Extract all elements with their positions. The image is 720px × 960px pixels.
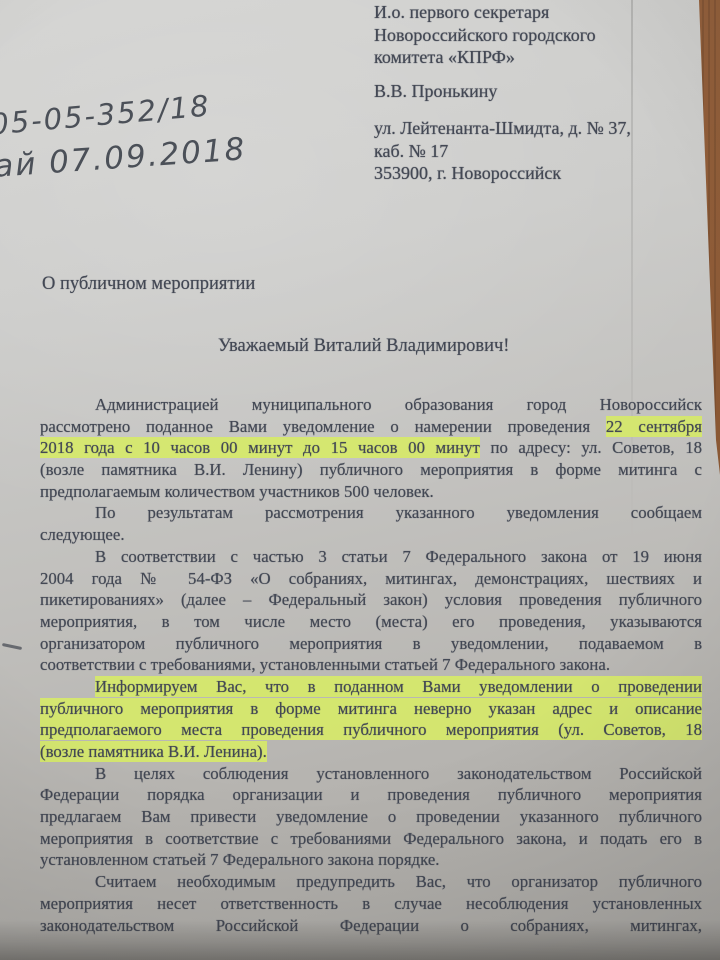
body-text-run: установленном статьей 7 Федерального зак… — [40, 850, 439, 869]
highlighted-text: 22 сентября — [606, 417, 702, 436]
highlighted-text: предполагаемого места проведения публичн… — [40, 720, 702, 739]
letter-subject: О публичном мероприятии — [42, 274, 255, 295]
recipient-address: ул. Лейтенанта-Шмидта, д. № 37,каб. № 17… — [374, 117, 684, 185]
body-text-run: Считаем необходимым предупредить Вас, чт… — [95, 872, 702, 891]
body-line: мероприятия несет ответственность в случ… — [40, 893, 702, 915]
highlighted-text: Информируем Вас, что в поданном Вами уве… — [95, 677, 702, 696]
body-text-run: (возле памятника В.И. Ленину) публичного… — [40, 460, 702, 479]
recipient-line: И.о. первого секретаря — [374, 1, 684, 24]
highlighted-text: (возле памятника В.И. Ленина). — [40, 742, 267, 761]
body-text-run: мероприятия, в том числе место (места) е… — [40, 612, 702, 631]
body-line: законодательством Российской Федерации о… — [40, 915, 702, 937]
body-line: 2018 года с 10 часов 00 минут до 15 часо… — [40, 437, 702, 459]
body-text-run: законодательством Российской Федерации о… — [40, 916, 702, 935]
document-photo: 05-05-352/18 ай 07.09.2018 И.о. первого … — [0, 0, 720, 960]
body-line: (возле памятника В.И. Ленину) публичного… — [40, 459, 702, 481]
body-line: предполагаемого места проведения публичн… — [40, 719, 702, 741]
body-line: Администрацией муниципального образовани… — [40, 394, 702, 416]
handwritten-registration-number: 05-05-352/18 — [0, 88, 212, 141]
letter-salutation: Уважаемый Виталий Владимирович! — [218, 336, 509, 357]
recipient-line: каб. № 17 — [374, 140, 684, 163]
recipient-line: Новороссийского городского — [374, 24, 684, 47]
body-line: установленном статьей 7 Федерального зак… — [40, 849, 702, 871]
body-text-run: Федерации порядка организации и проведен… — [40, 785, 702, 804]
recipient-line: ул. Лейтенанта-Шмидта, д. № 37, — [374, 117, 684, 140]
body-line: организатором публичного мероприятия в у… — [40, 633, 702, 655]
body-text-run: Администрацией муниципального образовани… — [95, 395, 702, 414]
body-line: предполагаемым количеством участников 50… — [40, 481, 702, 503]
body-text-run: предлагаем Вам привести уведомление о пр… — [40, 807, 702, 826]
recipient-line: 353900, г. Новороссийск — [374, 162, 684, 185]
recipient-block: И.о. первого секретаряНовороссийского го… — [374, 1, 684, 185]
body-text-run: 2004 года № 54-ФЗ «О собраниях, митингах… — [40, 569, 702, 588]
body-line: соответствии с требованиями, установленн… — [40, 654, 702, 676]
body-text-run: по адресу: ул. Советов, 18 — [480, 438, 702, 457]
body-line: пикетированиях» (далее – Федеральный зак… — [40, 589, 702, 611]
body-text-run: предполагаемым количеством участников 50… — [40, 482, 434, 501]
body-line: Федерации порядка организации и проведен… — [40, 784, 702, 806]
body-text-run: соответствии с требованиями, установленн… — [40, 655, 610, 674]
body-line: Информируем Вас, что в поданном Вами уве… — [40, 676, 702, 698]
body-text-run: В соответствии с частью 3 статьи 7 Федер… — [95, 547, 702, 566]
highlighted-text: 2018 года с 10 часов 00 минут до 15 часо… — [40, 438, 480, 457]
body-text-run: рассмотрено поданное Вами уведомление о … — [40, 417, 606, 436]
pen-mark — [2, 643, 22, 650]
body-line: рассмотрено поданное Вами уведомление о … — [40, 416, 702, 438]
body-line: По результатам рассмотрения указанного у… — [40, 502, 702, 524]
body-text-run: мероприятия в соответствие с требованиям… — [40, 829, 702, 848]
highlighted-text: публичного мероприятия в форме митинга н… — [40, 699, 702, 718]
body-line: следующее. — [40, 524, 702, 546]
body-text-run: мероприятия несет ответственность в случ… — [40, 894, 702, 913]
body-line: В соответствии с частью 3 статьи 7 Федер… — [40, 546, 702, 568]
recipient-name: В.В. Пронькину — [374, 80, 684, 103]
body-line: Считаем необходимым предупредить Вас, чт… — [40, 871, 702, 893]
body-line: 2004 года № 54-ФЗ «О собраниях, митингах… — [40, 568, 702, 590]
body-line: (возле памятника В.И. Ленина). — [40, 741, 702, 763]
body-line: предлагаем Вам привести уведомление о пр… — [40, 806, 702, 828]
recipient-line: комитета «КПРФ» — [374, 46, 684, 69]
body-line: публичного мероприятия в форме митинга н… — [40, 698, 702, 720]
body-text-run: В целях соблюдения установленного законо… — [95, 764, 702, 783]
body-text-run: организатором публичного мероприятия в у… — [40, 634, 702, 653]
body-text-run: пикетированиях» (далее – Федеральный зак… — [40, 590, 702, 609]
body-line: мероприятия, в том числе место (места) е… — [40, 611, 702, 633]
recipient-position: И.о. первого секретаряНовороссийского го… — [374, 1, 684, 69]
body-line: мероприятия в соответствие с требованиям… — [40, 828, 702, 850]
letter-paper: 05-05-352/18 ай 07.09.2018 И.о. первого … — [0, 0, 720, 960]
letter-body: Администрацией муниципального образовани… — [40, 394, 702, 936]
body-text-run: следующее. — [40, 525, 125, 544]
body-text-run: По результатам рассмотрения указанного у… — [95, 503, 702, 522]
handwritten-date: ай 07.09.2018 — [0, 131, 247, 185]
body-line: В целях соблюдения установленного законо… — [40, 763, 702, 785]
